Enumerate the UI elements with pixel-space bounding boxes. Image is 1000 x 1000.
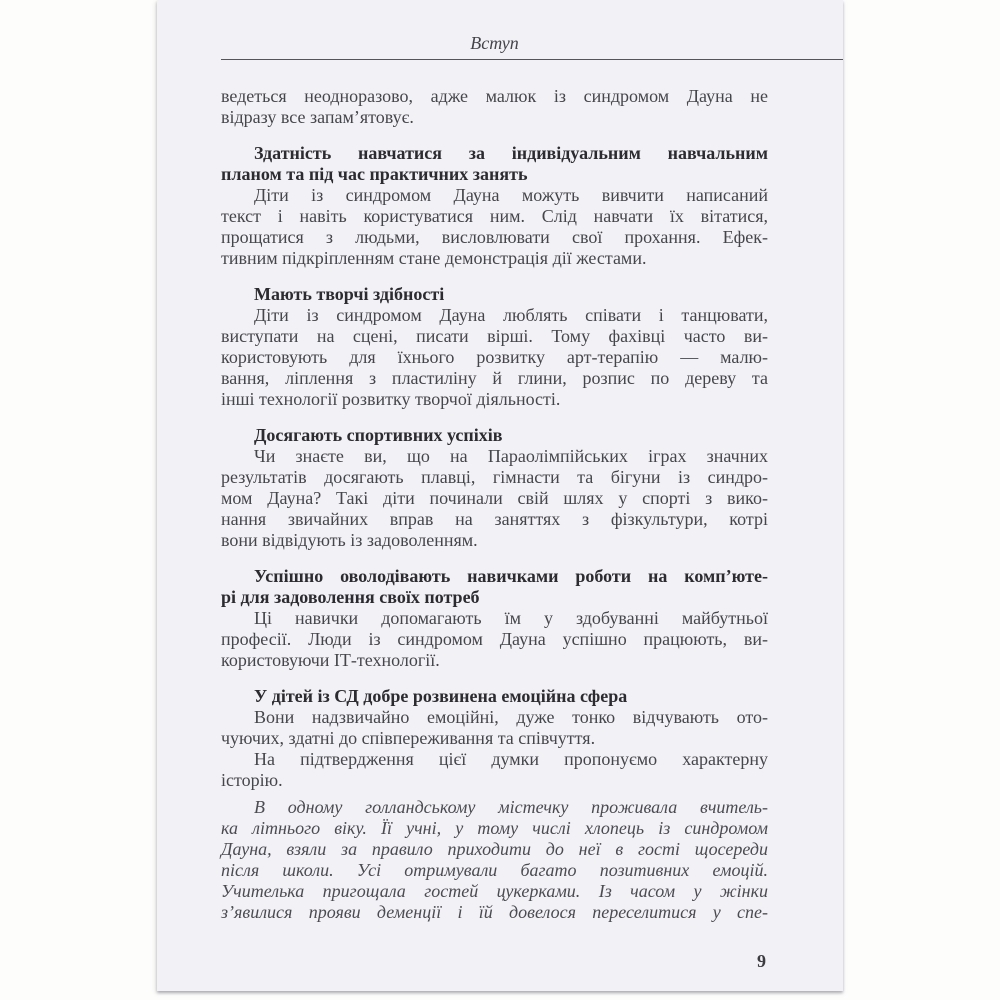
section-heading: Здатність навчатися за індивідуальним на… (221, 143, 768, 185)
text-line: Успішно оволодівають навичками роботи на… (221, 566, 768, 587)
text-line: користовуючи ІТ-технології. (221, 650, 768, 671)
text-line: ведеться неодноразово, адже малюк із син… (221, 86, 768, 107)
text-line: Діти із синдромом Дауна люблять співати … (221, 305, 768, 326)
text-line: В одному голландському містечку проживал… (221, 797, 768, 818)
text-line: прощатися з людьми, висловлювати свої пр… (221, 227, 768, 248)
text-line: вони відвідують із задоволенням. (221, 530, 768, 551)
section-heading: У дітей із СД добре розвинена емоційна с… (221, 686, 768, 707)
text-line: Мають творчі здібності (221, 284, 768, 305)
text-block: Діти із синдромом Дауна можуть вивчити н… (221, 185, 768, 269)
text-line: після школи. Усі отримували багато позит… (221, 860, 768, 881)
text-block: Діти із синдромом Дауна люблять співати … (221, 305, 768, 410)
page-number: 9 (757, 951, 766, 972)
text-line: У дітей із СД добре розвинена емоційна с… (221, 686, 768, 707)
book-page: Вступ ведеться неодноразово, адже малюк … (157, 0, 843, 991)
story-block: В одному голландському містечку проживал… (221, 797, 768, 923)
text-line: чуючих, здатні до співпереживання та спі… (221, 728, 768, 749)
text-line: інші технології розвитку творчої діяльно… (221, 389, 768, 410)
text-line: з’явилися прояви деменції і їй довелося … (221, 902, 768, 923)
text-block: Ці навички допомагають їм у здобуванні м… (221, 608, 768, 671)
section-heading: Мають творчі здібності (221, 284, 768, 305)
text-line: планом та під час практичних занять (221, 164, 768, 185)
text-line: текст і навіть користуватися ним. Слід н… (221, 206, 768, 227)
text-line: історію. (221, 770, 768, 791)
text-line: На підтвердження цієї думки пропонуємо х… (221, 749, 768, 770)
text-line: Діти із синдромом Дауна можуть вивчити н… (221, 185, 768, 206)
text-line: ка літнього віку. Її учні, у тому числі … (221, 818, 768, 839)
text-line: Досягають спортивних успіхів (221, 425, 768, 446)
page-body: ведеться неодноразово, адже малюк із син… (221, 86, 768, 923)
text-line: професії. Люди із синдромом Дауна успішн… (221, 629, 768, 650)
section-heading: Досягають спортивних успіхів (221, 425, 768, 446)
text-line: нання звичайних вправ на заняттях з фізк… (221, 509, 768, 530)
text-block: На підтвердження цієї думки пропонуємо х… (221, 749, 768, 791)
text-line: Ці навички допомагають їм у здобуванні м… (221, 608, 768, 629)
text-line: рі для задоволення своїх потреб (221, 587, 768, 608)
text-block: ведеться неодноразово, адже малюк із син… (221, 86, 768, 128)
text-line: мом Дауна? Такі діти починали свій шлях … (221, 488, 768, 509)
text-line: Здатність навчатися за індивідуальним на… (221, 143, 768, 164)
text-line: виступати на сцені, писати вірші. Тому ф… (221, 326, 768, 347)
text-line: Дауна, взяли за правило приходити до неї… (221, 839, 768, 860)
scanned-book-spread: Вступ ведеться неодноразово, адже малюк … (0, 0, 1000, 1000)
section-heading: Успішно оволодівають навичками роботи на… (221, 566, 768, 608)
text-line: відразу все запам’ятовує. (221, 107, 768, 128)
text-block: Чи знаєте ви, що на Параолімпійських ігр… (221, 446, 768, 551)
text-line: Учителька пригощала гостей цукерками. Із… (221, 881, 768, 902)
text-line: результатів досягають плавці, гімнасти т… (221, 467, 768, 488)
text-line: тивним підкріпленням стане демонстрація … (221, 248, 768, 269)
running-head: Вступ (221, 34, 768, 53)
text-line: Чи знаєте ви, що на Параолімпійських ігр… (221, 446, 768, 467)
text-line: вання, ліплення з пластиліну й глини, ро… (221, 368, 768, 389)
text-block: Вони надзвичайно емоційні, дуже тонко ві… (221, 707, 768, 749)
header-rule (221, 59, 843, 60)
text-line: Вони надзвичайно емоційні, дуже тонко ві… (221, 707, 768, 728)
text-line: користовують для їхнього розвитку арт-те… (221, 347, 768, 368)
